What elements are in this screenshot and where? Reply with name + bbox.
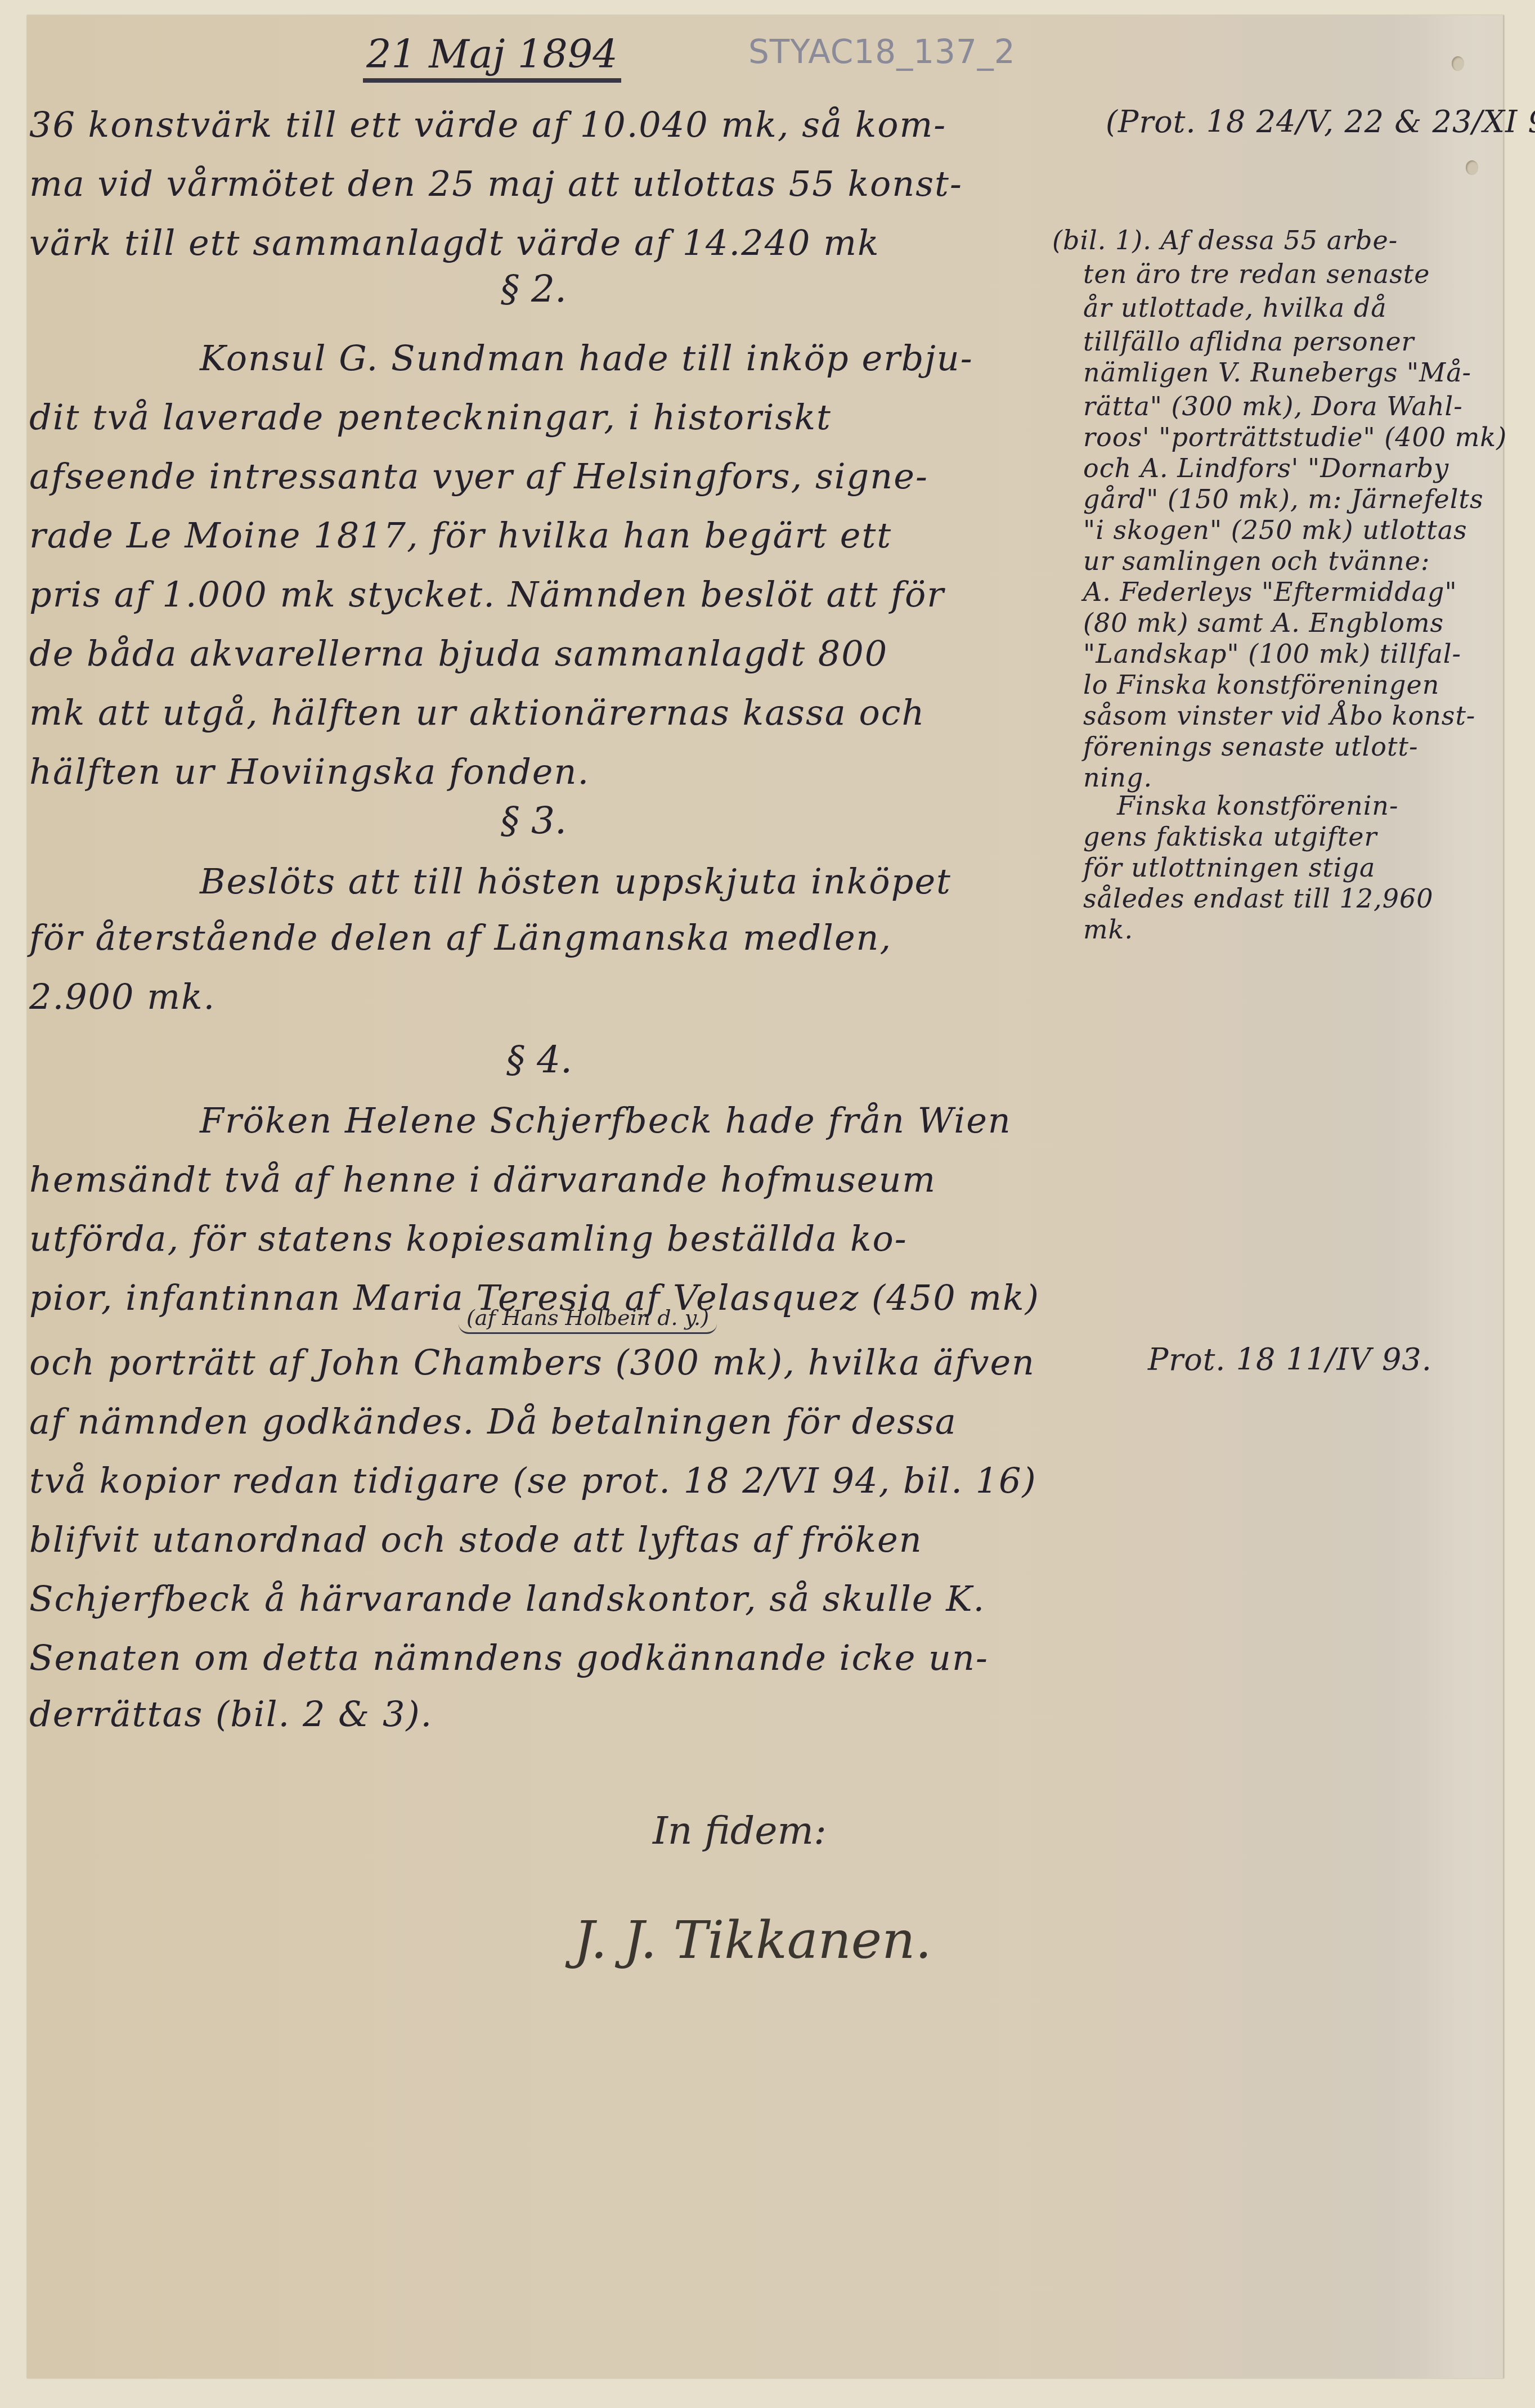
text-line: hälften ur Hoviingska fonden.: [29, 751, 590, 792]
text-line: af nämnden godkändes. Då betalningen för…: [29, 1401, 957, 1442]
text-line: för återstående delen af Längmanska medl…: [29, 917, 892, 958]
margin-note-line: Finska konstförenin-: [1117, 790, 1399, 821]
margin-note-line: (80 mk) samt A. Engbloms: [1083, 608, 1444, 638]
text-line: Beslöts att till hösten uppskjuta inköpe…: [200, 861, 951, 902]
margin-note-line: mk.: [1083, 914, 1133, 945]
margin-note-line: rätta" (300 mk), Dora Wahl-: [1083, 391, 1463, 421]
margin-note-line: år utlottade, hvilka då: [1083, 293, 1387, 323]
text-line: dit två laverade penteckningar, i histor…: [29, 397, 832, 438]
text-line: 36 konstvärk till ett värde af 10.040 mk…: [29, 104, 946, 145]
text-line: blifvit utanordnad och stode att lyftas …: [29, 1519, 923, 1560]
text-line: utförda, för statens kopiesamling bestäl…: [29, 1218, 908, 1259]
signature: J. J. Tikkanen.: [574, 1910, 932, 1970]
page-date: 21 Maj 1894: [363, 31, 621, 83]
margin-note-line: roos' "porträttstudie" (400 mk): [1083, 422, 1507, 452]
text-line: mk att utgå, hälften ur aktionärernas ka…: [29, 692, 925, 733]
margin-note-line: ur samlingen och tvänne:: [1083, 546, 1430, 576]
margin-note-line: "Landskap" (100 mk) tillfal-: [1083, 639, 1461, 669]
margin-note-line: ning.: [1083, 762, 1152, 793]
text-line: två kopior redan tidigare (se prot. 18 2…: [29, 1460, 1037, 1501]
interlinear-insert: (af Hans Holbein d. y.): [459, 1305, 717, 1334]
text-line: Konsul G. Sundman hade till inköp erbju-: [200, 338, 973, 379]
margin-reference-section-4: Prot. 18 11/IV 93.: [1148, 1342, 1432, 1377]
text-line: värk till ett sammanlagdt värde af 14.24…: [29, 222, 880, 263]
margin-note-line: nämligen V. Runebergs "Må-: [1083, 357, 1471, 388]
text-line: de båda akvarellerna bjuda sammanlagdt 8…: [29, 633, 888, 674]
section-heading-3: § 3.: [501, 799, 567, 842]
section-heading-2: § 2.: [501, 267, 567, 311]
margin-reference-top: (Prot. 18 24/V, 22 & 23/XI 94).: [1106, 104, 1535, 140]
text-line: afseende intressanta vyer af Helsingfors…: [29, 456, 928, 497]
margin-note-line: för utlottningen stiga: [1083, 852, 1375, 883]
text-line: derrättas (bil. 2 & 3).: [29, 1693, 433, 1735]
closing-formula: In fidem:: [653, 1809, 827, 1853]
paper-hole-mark: [1466, 160, 1478, 175]
margin-note-line: gård" (150 mk), m: Järnefelts: [1083, 484, 1484, 514]
margin-note-line: "i skogen" (250 mk) utlottas: [1083, 515, 1467, 545]
text-line: rade Le Moine 1817, för hvilka han begär…: [29, 515, 892, 556]
margin-note-line: förenings senaste utlott-: [1083, 731, 1418, 762]
text-line: Senaten om detta nämndens godkännande ic…: [29, 1637, 989, 1678]
margin-note-line: gens faktiska utgifter: [1083, 821, 1377, 852]
margin-note-line: och A. Lindfors' "Dornarby: [1083, 453, 1449, 483]
margin-note-line: lo Finska konstföreningen: [1083, 670, 1439, 700]
section-heading-4: § 4.: [506, 1038, 572, 1081]
margin-note-line: A. Federleys "Eftermiddag": [1083, 577, 1457, 607]
archive-id: STYAC18_137_2: [748, 33, 1016, 71]
margin-note-line: tillfällo aflidna personer: [1083, 326, 1415, 357]
margin-note-line: således endast till 12,960: [1083, 883, 1434, 914]
text-line: Schjerfbeck å härvarande landskontor, så…: [29, 1578, 985, 1619]
text-line: och porträtt af John Chambers (300 mk), …: [29, 1342, 1035, 1383]
text-line: hemsändt två af henne i därvarande hofmu…: [29, 1159, 936, 1200]
margin-note-line: såsom vinster vid Åbo konst-: [1083, 700, 1475, 731]
paper-hole-mark: [1452, 56, 1464, 71]
margin-note-line: (bil. 1). Af dessa 55 arbe-: [1052, 225, 1398, 255]
text-line: ma vid vårmötet den 25 maj att utlottas …: [29, 163, 963, 204]
text-line: 2.900 mk.: [29, 976, 216, 1017]
text-line: Fröken Helene Schjerfbeck hade från Wien: [200, 1100, 1012, 1141]
text-line: pris af 1.000 mk stycket. Nämnden beslöt…: [29, 574, 945, 615]
margin-note-line: ten äro tre redan senaste: [1083, 259, 1430, 289]
